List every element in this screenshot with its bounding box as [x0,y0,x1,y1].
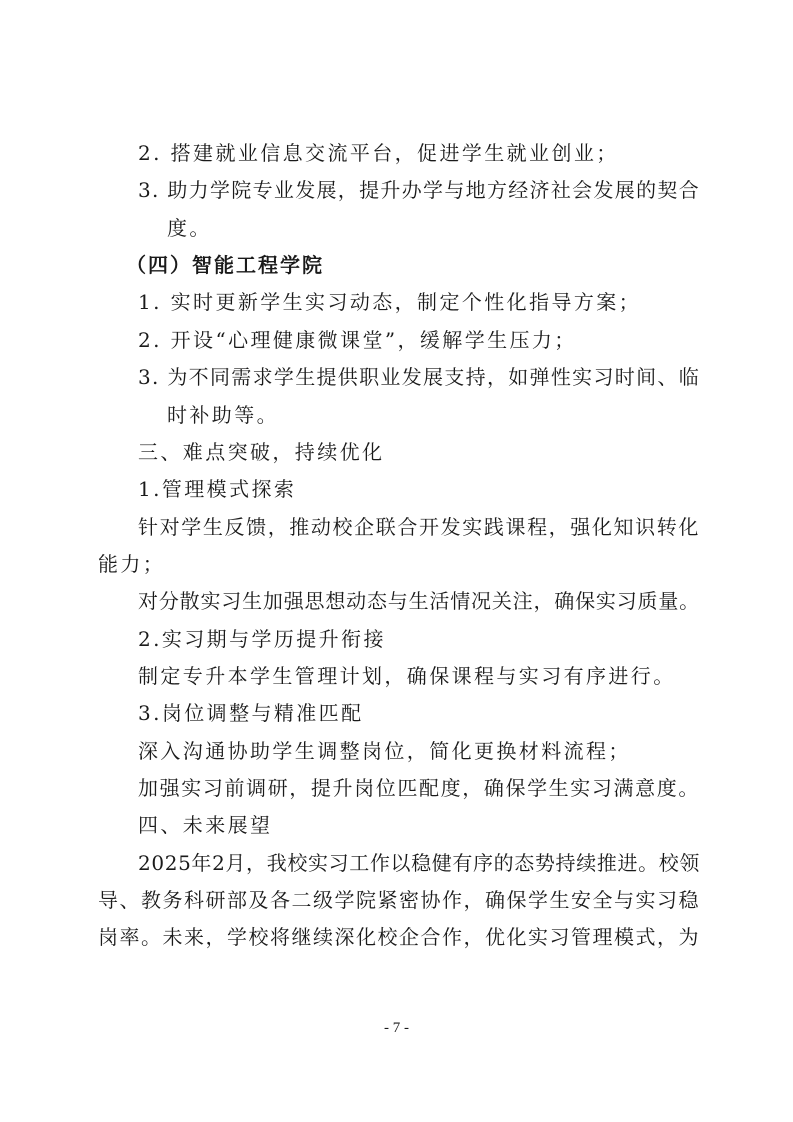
text-line: 加强实习前调研，提升岗位匹配度，确保学生实习满意度。 [138,776,700,800]
text-line: 对分散实习生加强思想动态与生活情况关注，确保实习质量。 [138,589,700,613]
text-line: 三、难点突破，持续优化 [138,440,384,464]
text-line: 2. 搭建就业信息交流平台，促进学生就业创业； [138,141,619,165]
text-line: 2. 开设“心理健康微课堂”，缓解学生压力； [138,328,577,352]
text-line: 2025年2月，我校实习工作以稳健有序的态势持续推进。校领 [138,851,700,875]
text-line: 制定专升本学生管理计划，确保课程与实习有序进行。 [138,664,676,688]
text-line: 能力； [98,552,165,576]
text-line: 岗率。未来，学校将继续深化校企合作，优化实习管理模式，为 [98,925,700,949]
text-line: 时补助等。 [167,403,279,427]
text-line: 1.管理模式探索 [138,477,296,501]
text-line: 针对学生反馈，推动校企联合开发实践课程，强化知识转化 [138,515,700,539]
text-line: 导、教务科研部及各二级学院紧密协作，确保学生安全与实习稳 [98,888,700,912]
text-line: 3. 助力学院专业发展，提升办学与地方经济社会发展的契合 [138,178,700,202]
text-line: 四、未来展望 [138,813,272,837]
text-line: 3. 为不同需求学生提供职业发展支持，如弹性实习时间、临 [138,365,700,389]
text-line: 3.岗位调整与精准匹配 [138,701,363,725]
section-heading: （四）智能工程学院 [126,253,324,277]
text-line: 1. 实时更新学生实习动态，制定个性化指导方案； [138,290,641,314]
page-number: - 7 - [0,1020,793,1037]
text-line: 度。 [167,216,212,240]
text-line: 深入沟通协助学生调整岗位，简化更换材料流程； [138,739,631,763]
text-line: 2.实习期与学历提升衔接 [138,627,386,651]
